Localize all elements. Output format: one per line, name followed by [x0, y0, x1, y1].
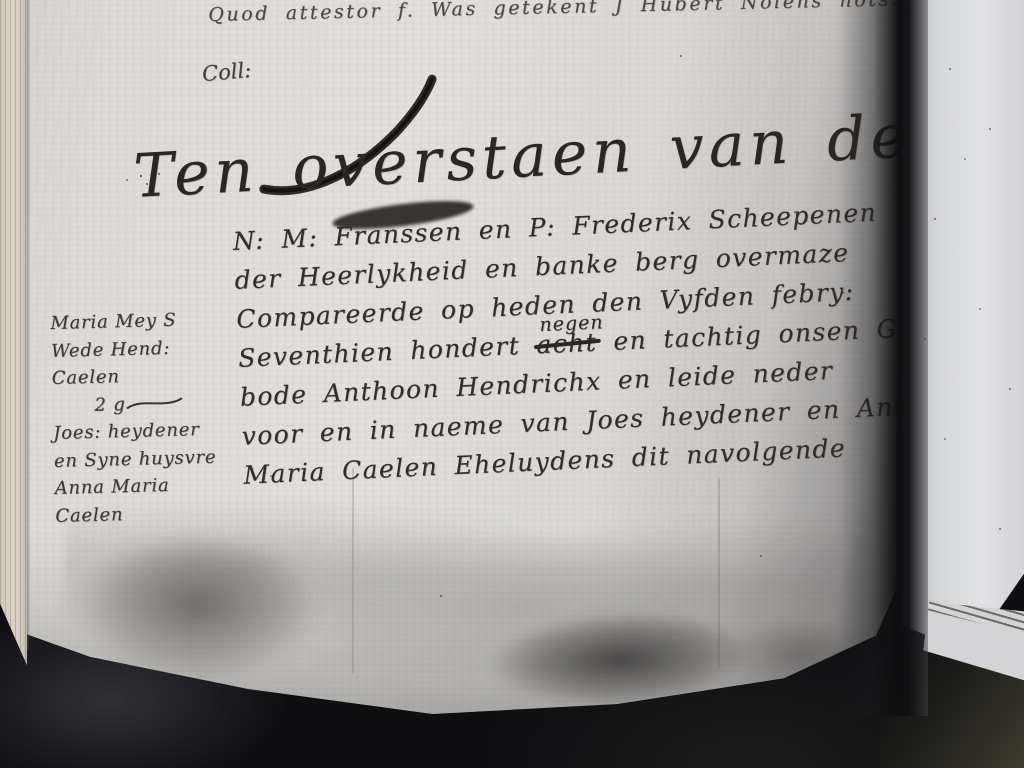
manuscript-page: Quod attestor f. Was getekent J Hubert N… [20, 0, 898, 714]
book-foreedge-left [0, 0, 27, 686]
book-gutter-shadow [838, 0, 928, 716]
page-curl-shadow [20, 0, 898, 714]
page-left-crease [27, 0, 30, 650]
stacked-pages-lines [0, 0, 27, 686]
manuscript-photo: Quod attestor f. Was getekent J Hubert N… [0, 0, 1024, 768]
